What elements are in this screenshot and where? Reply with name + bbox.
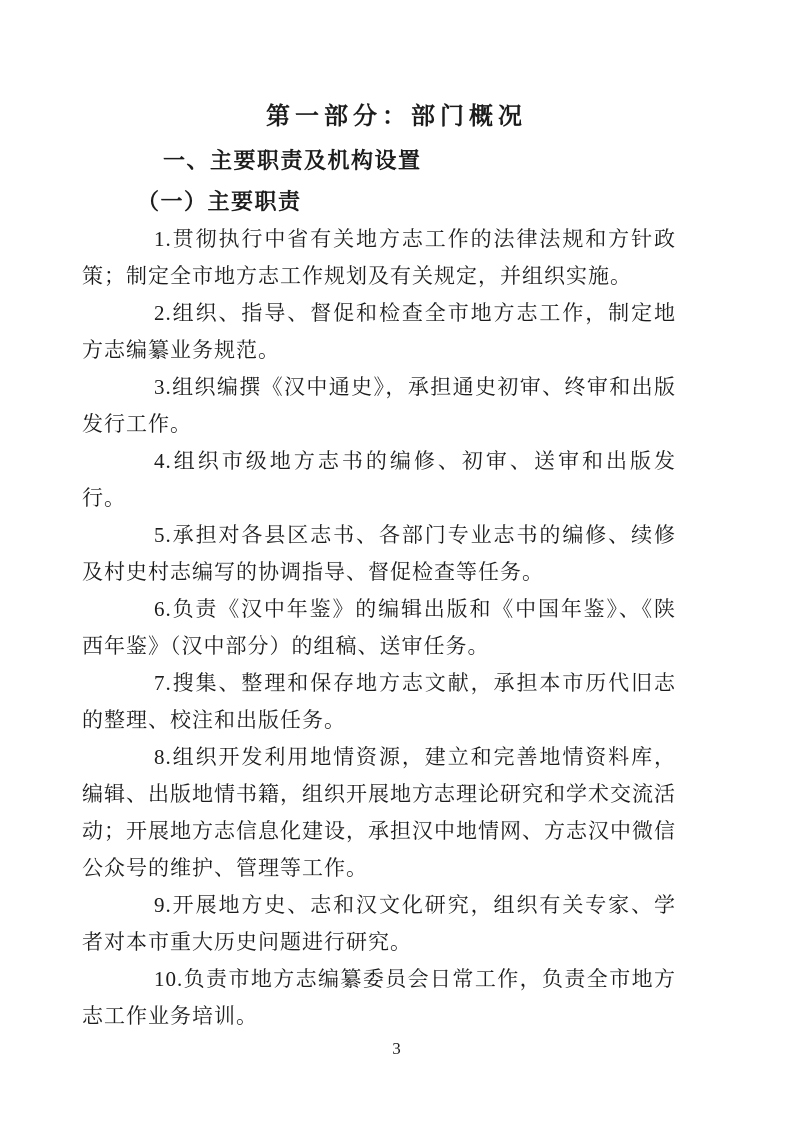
duty-paragraph-1: 1.贯彻执行中省有关地方志工作的法律法规和方针政策；制定全市地方志工作规划及有关… — [82, 221, 676, 295]
duty-paragraph-7: 7.搜集、整理和保存地方志文献，承担本市历代旧志的整理、校注和出版任务。 — [82, 665, 676, 739]
duty-paragraph-10: 10.负责市地方志编纂委员会日常工作，负责全市地方志工作业务培训。 — [82, 961, 676, 1035]
document-body: 一、主要职责及机构设置 （一）主要职责 1.贯彻执行中省有关地方志工作的法律法规… — [82, 142, 676, 1035]
document-page: 第一部分：部门概况 一、主要职责及机构设置 （一）主要职责 1.贯彻执行中省有关… — [0, 0, 793, 1122]
page-number: 3 — [0, 1038, 793, 1060]
duty-paragraph-4: 4.组织市级地方志书的编修、初审、送审和出版发行。 — [82, 443, 676, 517]
duty-paragraph-6: 6.负责《汉中年鉴》的编辑出版和《中国年鉴》、《陕西年鉴》（汉中部分）的组稿、送… — [82, 591, 676, 665]
duty-paragraph-9: 9.开展地方史、志和汉文化研究，组织有关专家、学者对本市重大历史问题进行研究。 — [82, 887, 676, 961]
subsection-heading: （一）主要职责 — [137, 183, 676, 221]
duty-paragraph-2: 2.组织、指导、督促和检查全市地方志工作，制定地方志编纂业务规范。 — [82, 295, 676, 369]
section-heading: 一、主要职责及机构设置 — [163, 142, 676, 180]
duty-paragraph-3: 3.组织编撰《汉中通史》，承担通史初审、终审和出版发行工作。 — [82, 369, 676, 443]
duty-paragraph-5: 5.承担对各县区志书、各部门专业志书的编修、续修及村史村志编写的协调指导、督促检… — [82, 517, 676, 591]
page-title: 第一部分：部门概况 — [0, 98, 793, 136]
duty-paragraph-8: 8.组织开发利用地情资源，建立和完善地情资料库，编辑、出版地情书籍，组织开展地方… — [82, 739, 676, 887]
